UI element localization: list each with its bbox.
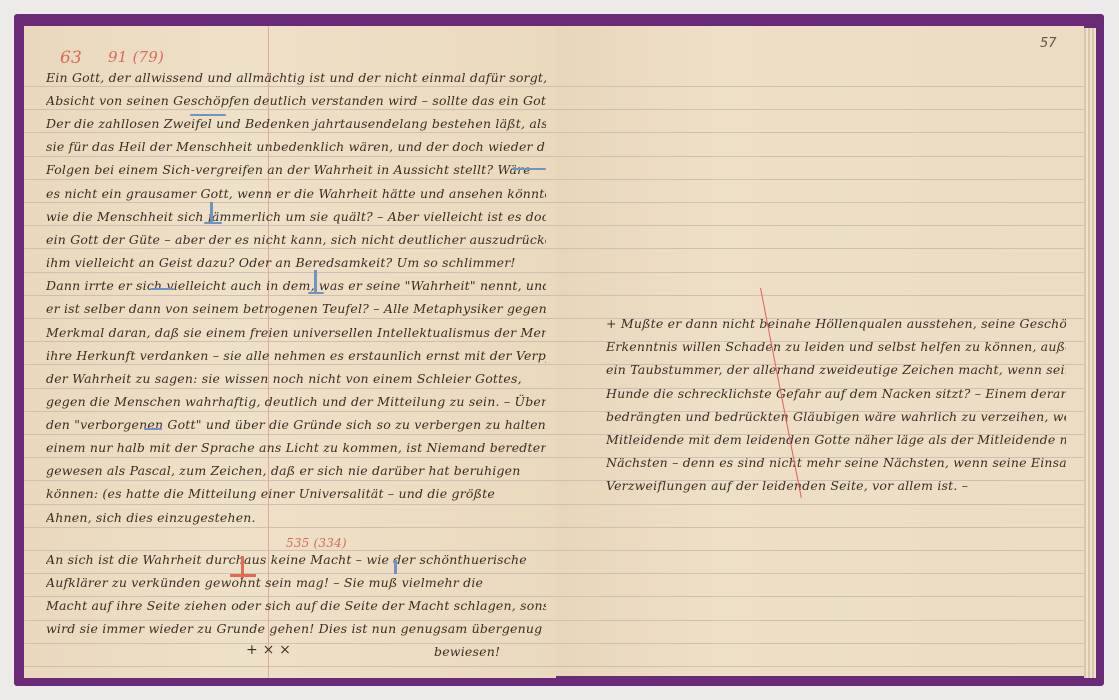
handwritten-line: bedrängten und bedrückten Gläubigen wäre… [606, 409, 1066, 424]
ruled-line [556, 132, 1084, 133]
ruled-line [24, 248, 556, 249]
ruled-line [556, 596, 1084, 597]
handwritten-line: An sich ist die Wahrheit durchaus keine … [46, 552, 546, 567]
ruled-line [556, 272, 1084, 273]
left-page: Ein Gott, der allwissend und allmächtig … [24, 26, 556, 678]
ruled-line [556, 156, 1084, 157]
ruled-line [556, 666, 1084, 667]
handwritten-line: er ist selber dann von seinem betrogenen… [46, 301, 546, 316]
folio-number-red: 63 [60, 48, 82, 68]
blue-underline [150, 288, 174, 290]
handwritten-line: Ein Gott, der allwissend und allmächtig … [46, 70, 546, 85]
handwritten-line: Erkenntnis willen Schaden zu leiden und … [606, 339, 1066, 354]
blue-underline [190, 114, 226, 116]
ruled-line [24, 550, 556, 551]
handwritten-line: Verzweiflungen auf der leidenden Seite, … [606, 478, 1066, 493]
ruled-line [556, 550, 1084, 551]
ruled-line [24, 86, 556, 87]
ruled-line [24, 179, 556, 180]
ruled-line [556, 573, 1084, 574]
ruled-line [24, 272, 556, 273]
handwritten-line: wird sie immer wieder zu Grunde gehen! D… [46, 621, 546, 636]
blue-underline [308, 292, 324, 294]
handwritten-line: + Mußte er dann nicht beinahe Höllenqual… [606, 316, 1066, 331]
bottom-marks: + × × [246, 642, 291, 658]
ruled-line [24, 388, 556, 389]
handwritten-line: ein Taubstummer, der allerhand zweideuti… [606, 362, 1066, 377]
handwritten-line: Nächsten – denn es sind nicht mehr seine… [606, 455, 1066, 470]
right-page: + Mußte er dann nicht beinahe Höllenqual… [556, 26, 1084, 676]
page-number-top: 57 [1040, 36, 1057, 51]
blue-underline [144, 428, 162, 430]
handwritten-line: ihre Herkunft verdanken – sie alle nehme… [46, 348, 546, 363]
page-edges [1084, 28, 1096, 678]
blue-insert-mark [394, 560, 397, 574]
handwritten-line: Hunde die schrecklichste Gefahr auf dem … [606, 386, 1066, 401]
ruled-line [24, 434, 556, 435]
handwritten-line: gewesen als Pascal, zum Zeichen, daß er … [46, 463, 546, 478]
ruled-line [556, 86, 1084, 87]
ruled-line [556, 527, 1084, 528]
ruled-line [556, 504, 1084, 505]
red-cross-mark [241, 556, 244, 578]
handwritten-line: der Wahrheit zu sagen: sie wissen noch n… [46, 371, 546, 386]
handwritten-line: Absicht von seinen Geschöpfen deutlich v… [46, 93, 546, 108]
ruled-line [556, 643, 1084, 644]
ruled-line [556, 620, 1084, 621]
blue-underline [512, 168, 546, 170]
ruled-line [24, 318, 556, 319]
handwritten-line: einem nur halb mit der Sprache ans Licht… [46, 440, 546, 455]
ruled-line [24, 295, 556, 296]
blue-underline [204, 222, 222, 224]
handwritten-line: ihm vielleicht an Geist dazu? Oder an Be… [46, 255, 546, 270]
ruled-line [556, 295, 1084, 296]
ruled-line [556, 109, 1084, 110]
ruled-line [24, 364, 556, 365]
handwritten-line: Merkmal daran, daß sie einem freien univ… [46, 325, 546, 340]
handwritten-line: gegen die Menschen wahrhaftig, deutlich … [46, 394, 546, 409]
ruled-line [24, 225, 556, 226]
ruled-line [556, 248, 1084, 249]
ruled-line [24, 156, 556, 157]
blue-margin-mark [210, 202, 213, 224]
ruled-line [24, 411, 556, 412]
ruled-line [24, 109, 556, 110]
red-annotation-mid: 535 (334) [286, 536, 347, 550]
handwritten-line: es nicht ein grausamer Gott, wenn er die… [46, 186, 546, 201]
handwritten-line: ein Gott der Güte – aber der es nicht ka… [46, 232, 546, 247]
ruled-line [24, 457, 556, 458]
handwritten-line: Aufklärer zu verkünden gewohnt sein mag!… [46, 575, 546, 590]
handwritten-line: Mitleidende mit dem leidenden Gotte nähe… [606, 432, 1066, 447]
handwritten-line: den "verborgenen Gott" und über die Grün… [46, 417, 546, 432]
ruled-line [24, 666, 556, 667]
ruled-line [24, 527, 556, 528]
handwritten-line: Folgen bei einem Sich-vergreifen an der … [46, 162, 546, 177]
handwritten-line: können: (es hatte die Mitteilung einer U… [46, 486, 546, 501]
ruled-line [24, 202, 556, 203]
ruled-line [24, 341, 556, 342]
ruled-line [24, 132, 556, 133]
folio-paren-red: 91 (79) [108, 48, 164, 66]
ruled-line [556, 179, 1084, 180]
ruled-line [556, 225, 1084, 226]
ruled-line [556, 202, 1084, 203]
ruled-line [24, 480, 556, 481]
handwritten-line: Ahnen, sich dies einzugestehen. [46, 510, 546, 525]
handwritten-line: wie die Menschheit sich jämmerlich um si… [46, 209, 546, 224]
blue-margin-mark [314, 270, 317, 292]
handwritten-line: bewiesen! [434, 644, 534, 659]
ruled-line [24, 504, 556, 505]
handwritten-line: sie für das Heil der Menschheit unbedenk… [46, 139, 546, 154]
handwritten-line: Macht auf ihre Seite ziehen oder sich au… [46, 598, 546, 613]
handwritten-line: Dann irrte er sich vielleicht auch in de… [46, 278, 546, 293]
handwritten-line: Der die zahllosen Zweifel und Bedenken j… [46, 116, 546, 131]
